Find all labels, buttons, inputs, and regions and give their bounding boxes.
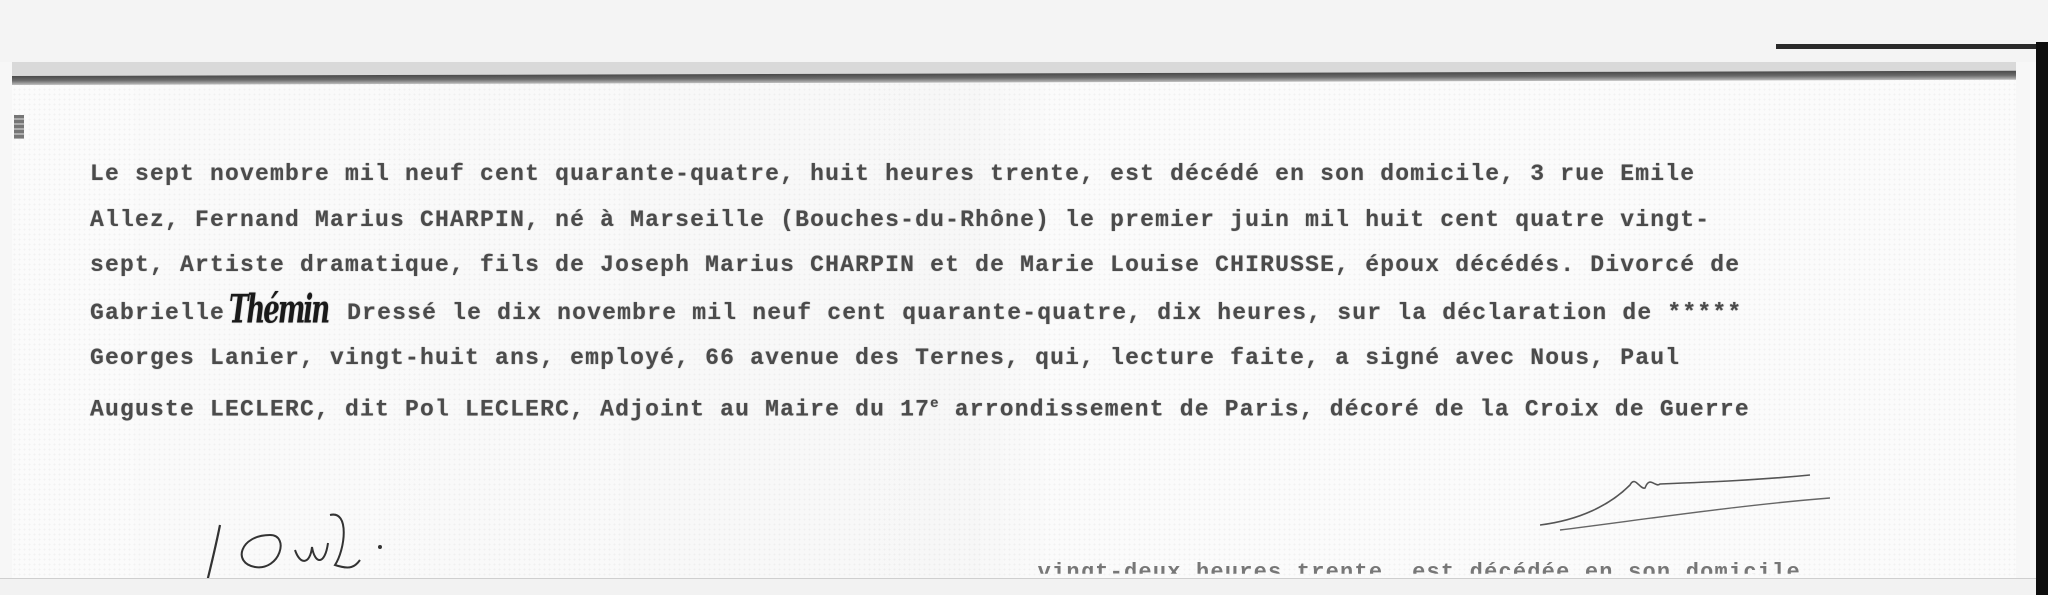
text-line-4-rest: Dressé le dix novembre mil neuf cent qua…: [347, 300, 1742, 326]
text-line-6-rest: arrondissement de Paris, décoré de la Cr…: [940, 396, 1750, 422]
text-line-6: Auguste LECLERC, dit Pol LECLERC, Adjoin…: [90, 382, 2030, 433]
text-line-3: sept, Artiste dramatique, fils de Joseph…: [90, 243, 2030, 289]
officer-signature: [1540, 470, 1900, 545]
scan-right-edge-top: [1776, 44, 2036, 49]
scan-background-top: [0, 0, 2048, 62]
scan-right-edge: [2036, 42, 2048, 595]
handwritten-surname: Thémin: [229, 277, 328, 345]
scan-bottom-strip: [0, 578, 2036, 595]
text-line-5: Georges Lanier, vingt-huit ans, employé,…: [90, 336, 2030, 382]
text-gabrielle: Gabrielle: [90, 300, 225, 326]
ordinal-superscript: e: [930, 396, 940, 412]
text-line-6-main: Auguste LECLERC, dit Pol LECLERC, Adjoin…: [90, 396, 930, 422]
text-line-2: Allez, Fernand Marius CHARPIN, né à Mars…: [90, 198, 2030, 244]
text-line-4: GabrielleThémin Dressé le dix novembre m…: [90, 289, 2030, 337]
margin-mark: [14, 115, 24, 139]
certificate-text: Le sept novembre mil neuf cent quarante-…: [90, 152, 2030, 433]
text-line-1: Le sept novembre mil neuf cent quarante-…: [90, 152, 2030, 198]
